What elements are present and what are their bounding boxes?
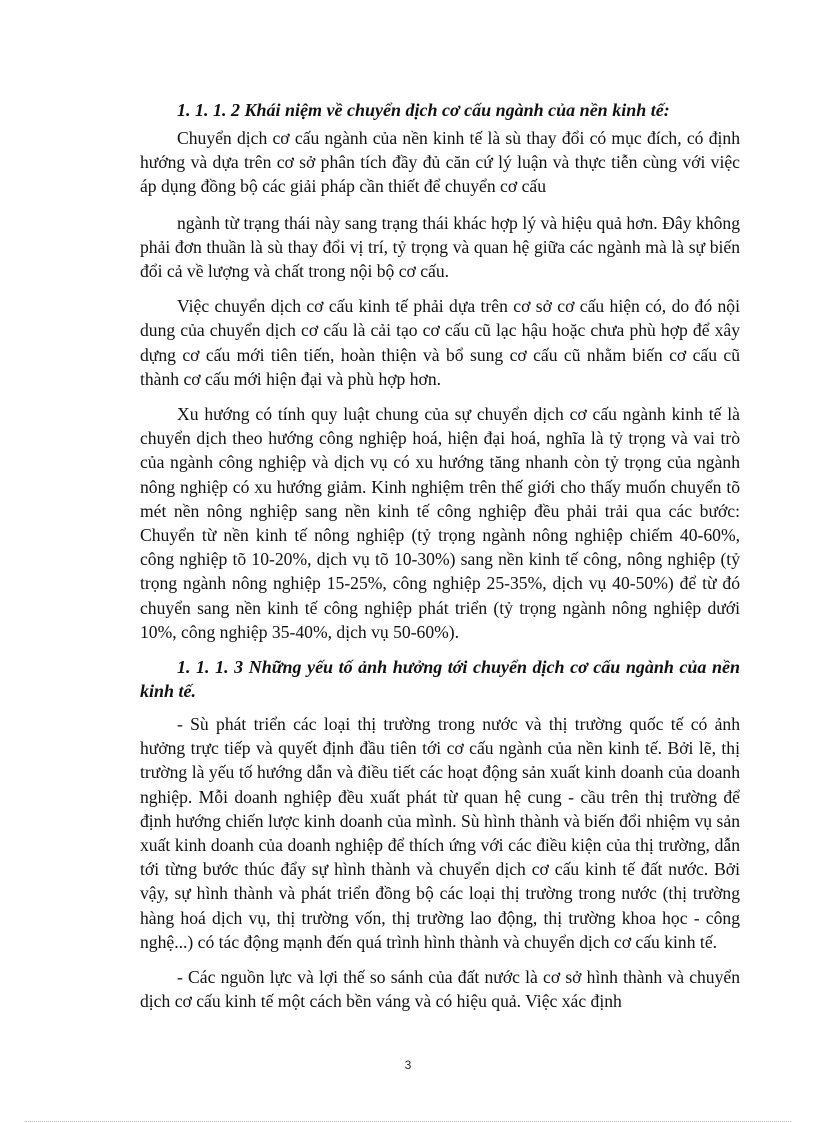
section-heading-1-1-1-3: 1. 1. 1. 3 Những yếu tố ảnh hưởng tới ch… (140, 655, 740, 703)
section-heading-1-1-1-2: 1. 1. 1. 2 Khái niệm về chuyển dịch cơ c… (140, 98, 740, 122)
paragraph-restructuring-basis: Việc chuyển dịch cơ cấu kinh tế phải dựa… (140, 294, 740, 391)
paragraph-resources-factor: - Các nguồn lực và lợi thế so sánh của đ… (140, 965, 740, 1013)
document-page: 1. 1. 1. 2 Khái niệm về chuyển dịch cơ c… (140, 98, 740, 1025)
page-bottom-dotted-rule (25, 1121, 791, 1122)
paragraph-definition: Chuyển dịch cơ cấu ngành của nền kinh tế… (140, 126, 740, 199)
paragraph-general-trend: Xu hướng có tính quy luật chung của sự c… (140, 402, 740, 644)
paragraph-market-factor: - Sù phát triển các loại thị trường tron… (140, 712, 740, 954)
paragraph-definition-continued: ngành từ trạng thái này sang trạng thái … (140, 211, 740, 284)
page-number: 3 (0, 1058, 816, 1072)
